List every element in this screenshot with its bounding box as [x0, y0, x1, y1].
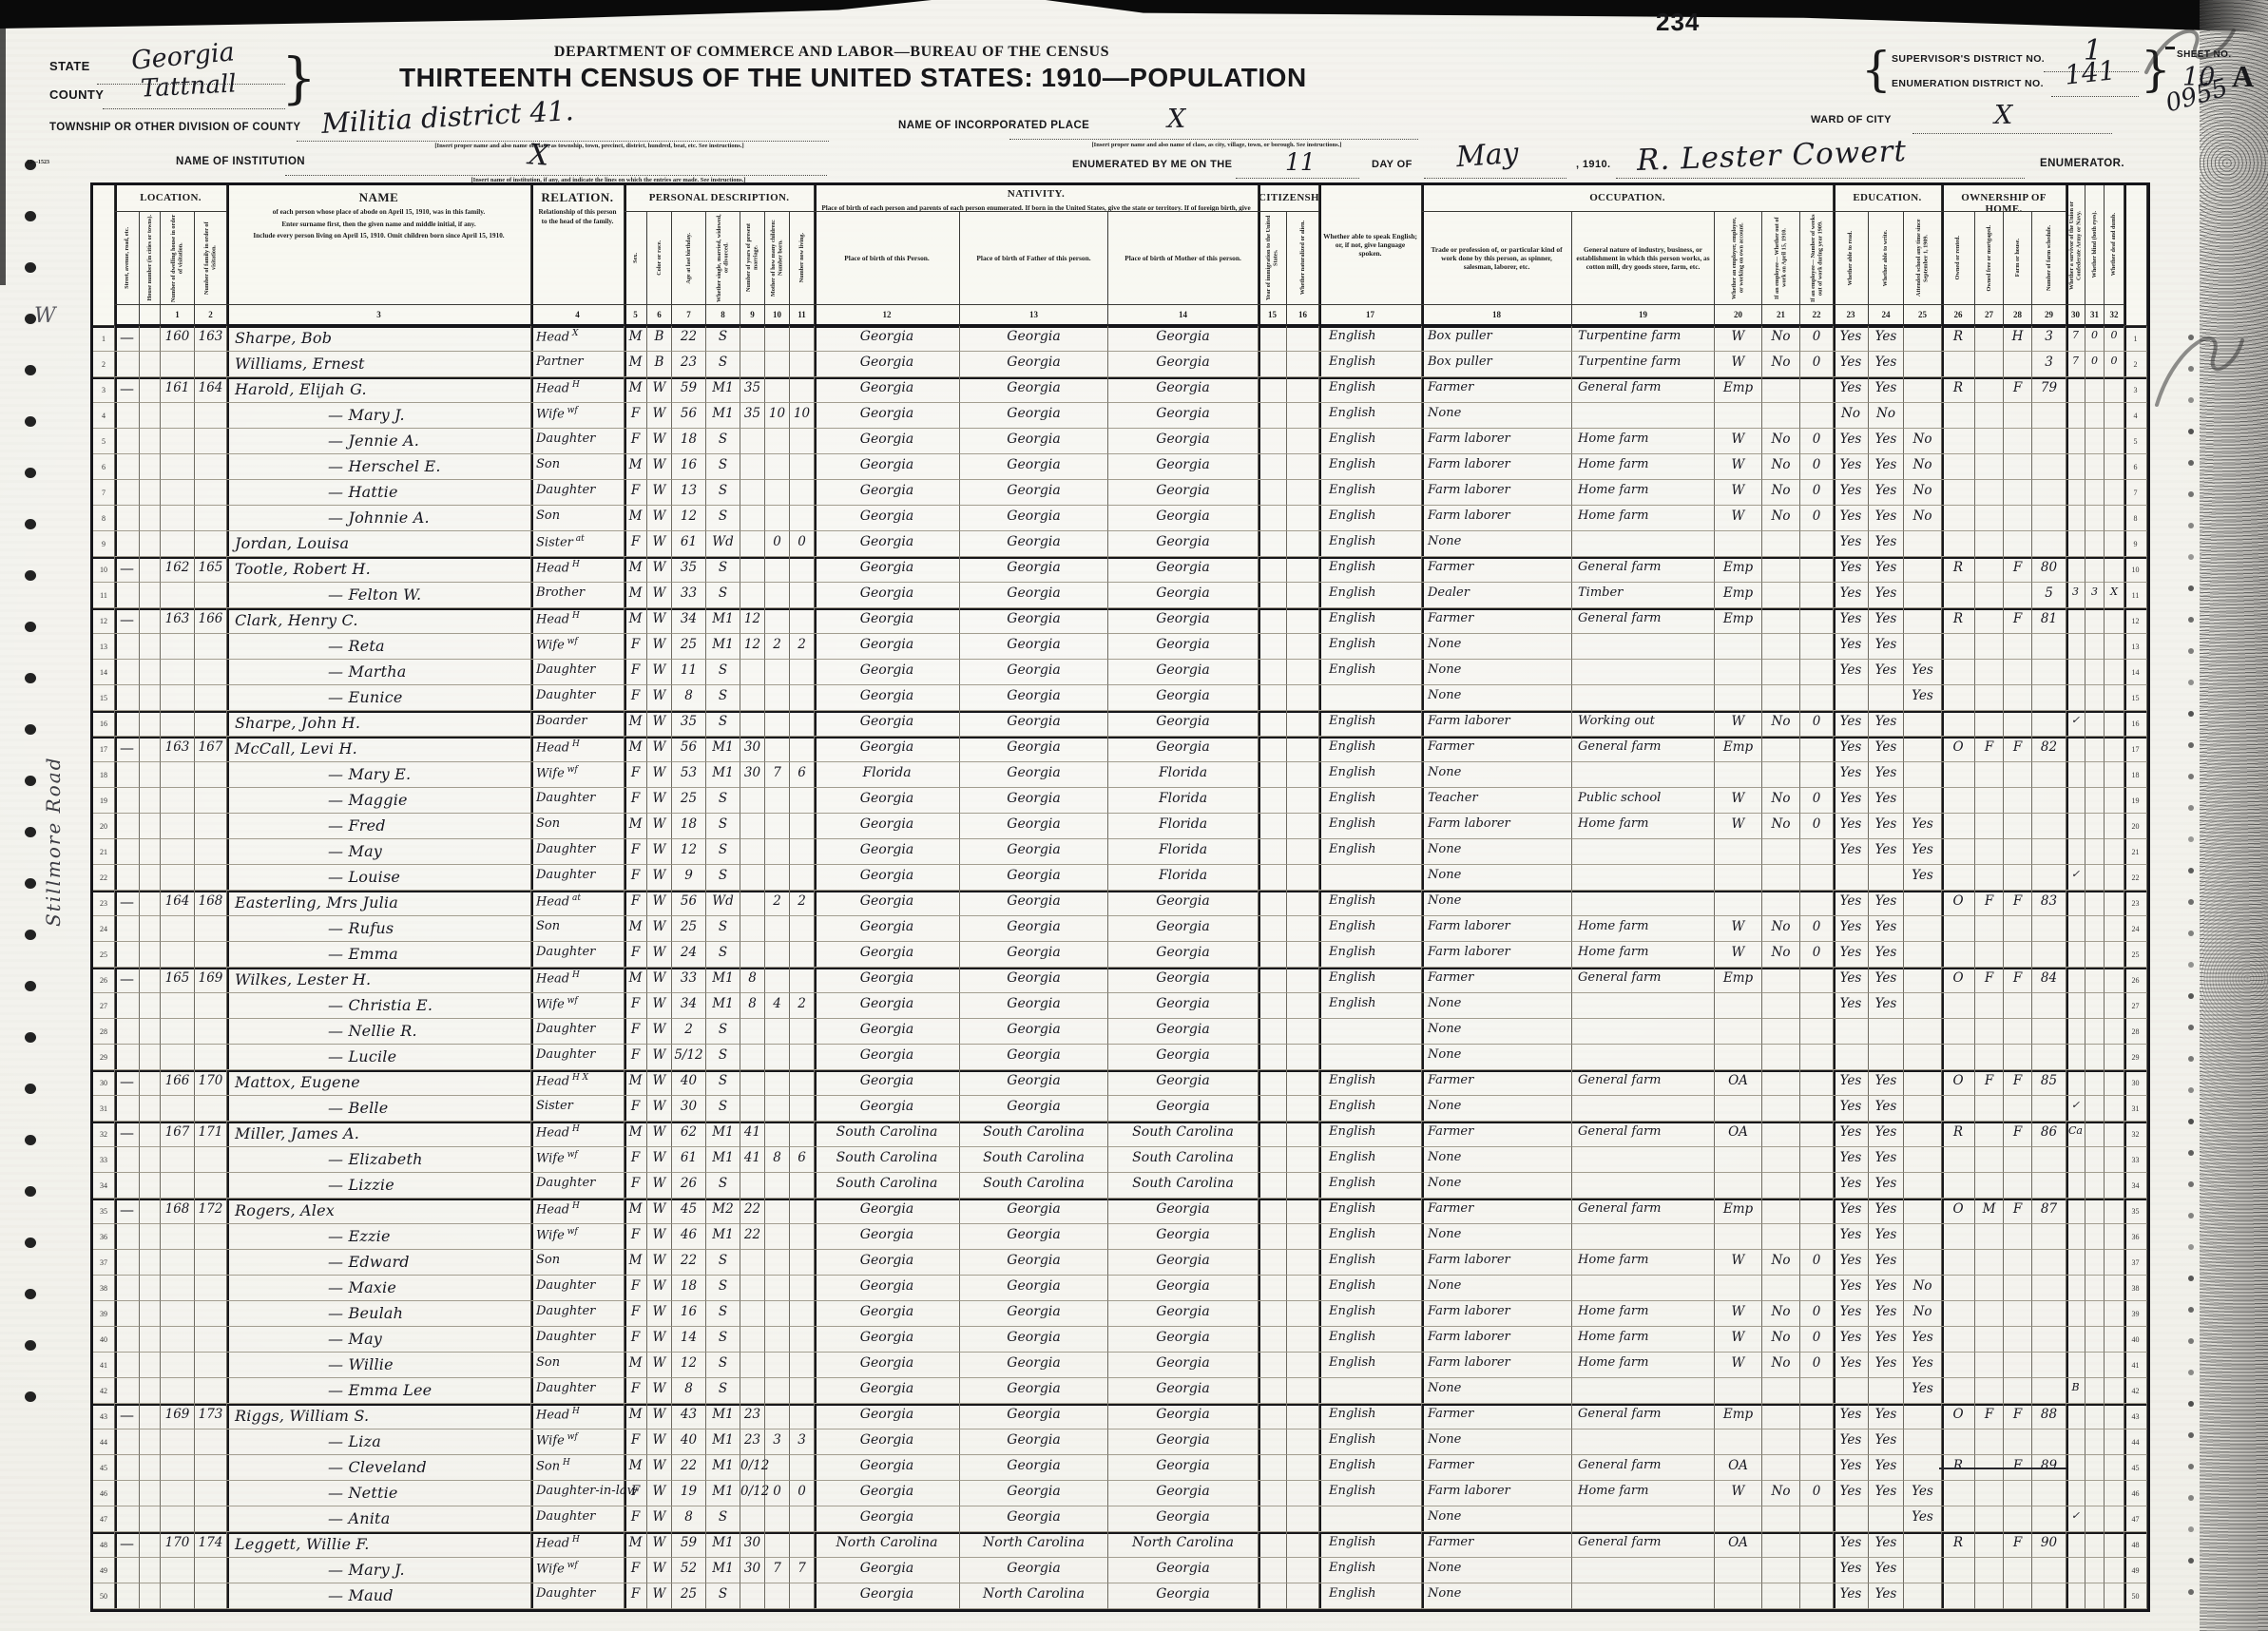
birthplace: Georgia — [815, 711, 960, 737]
attended-school — [1904, 1455, 1942, 1481]
relation: Daughter — [531, 685, 625, 711]
civil-war-veteran-mark — [2066, 839, 2085, 865]
speaks-english: English — [1319, 1122, 1422, 1147]
civil-war-veteran-mark — [2066, 1276, 2085, 1301]
binder-dot — [2188, 335, 2194, 340]
line-number-right: 14 — [2124, 660, 2147, 685]
children-born: 10 — [765, 403, 790, 429]
home-owned-rented — [1942, 1558, 1975, 1583]
naturalized — [1287, 993, 1319, 1019]
person-name: — Maud — [227, 1583, 531, 1609]
farm-or-house — [2004, 1096, 2032, 1122]
deaf-mark — [2105, 557, 2124, 583]
years-married: 30 — [740, 737, 765, 762]
sex: F — [625, 1506, 647, 1532]
birthplace: Georgia — [815, 685, 960, 711]
marital-status: S — [706, 1019, 740, 1045]
family-number — [195, 531, 227, 557]
employer-status: W — [1715, 942, 1762, 968]
children-living — [790, 1301, 815, 1327]
children-living — [790, 1532, 815, 1558]
immigration-year — [1259, 1122, 1287, 1147]
deaf-mark — [2105, 1019, 2124, 1045]
speaks-english: English — [1319, 1070, 1422, 1096]
years-married: 8 — [740, 993, 765, 1019]
speaks-english: English — [1319, 1224, 1422, 1250]
farm-schedule-number — [2032, 1558, 2066, 1583]
years-married: 22 — [740, 1224, 765, 1250]
farm-or-house — [2004, 634, 2032, 660]
attended-school: Yes — [1904, 814, 1942, 839]
years-married — [740, 531, 765, 557]
person-name: — Belle — [227, 1096, 531, 1122]
family-number — [195, 1147, 227, 1173]
mother-birthplace: Georgia — [1108, 480, 1259, 506]
children-living — [790, 454, 815, 480]
immigration-year — [1259, 1327, 1287, 1353]
employer-status: Emp — [1715, 737, 1762, 762]
can-write: Yes — [1869, 1199, 1904, 1224]
marital-status: S — [706, 942, 740, 968]
scan-edge-top-left — [0, 0, 932, 29]
mother-birthplace: Georgia — [1108, 1583, 1259, 1609]
deaf-mark — [2105, 1250, 2124, 1276]
employer-status: W — [1715, 454, 1762, 480]
col-number-fam: 2 — [195, 305, 227, 326]
street: — — [115, 1070, 140, 1096]
occupation: Farmer — [1422, 377, 1572, 403]
house-number — [140, 916, 161, 942]
family-number: 167 — [195, 737, 227, 762]
speaks-english — [1319, 685, 1422, 711]
person-name: — Reta — [227, 634, 531, 660]
immigration-year — [1259, 583, 1287, 608]
sex: M — [625, 1404, 647, 1430]
employer-status — [1715, 1506, 1762, 1532]
age: 22 — [672, 1250, 706, 1276]
attended-school — [1904, 1045, 1942, 1070]
immigration-year — [1259, 1532, 1287, 1558]
sex: F — [625, 1378, 647, 1404]
street — [115, 480, 140, 506]
blind-mark — [2085, 942, 2105, 968]
civil-war-veteran-mark — [2066, 1019, 2085, 1045]
mother-birthplace: Florida — [1108, 814, 1259, 839]
speaks-english: English — [1319, 737, 1422, 762]
naturalized — [1287, 1070, 1319, 1096]
speaks-english: English — [1319, 916, 1422, 942]
weeks-out-of-work: 0 — [1800, 326, 1834, 352]
blind-mark — [2085, 916, 2105, 942]
birthplace: Georgia — [815, 1070, 960, 1096]
mother-birthplace: Georgia — [1108, 557, 1259, 583]
sex: M — [625, 1199, 647, 1224]
street — [115, 660, 140, 685]
color-or-race: W — [647, 377, 672, 403]
attended-school: Yes — [1904, 1327, 1942, 1353]
mother-birthplace: Georgia — [1108, 737, 1259, 762]
can-write — [1869, 865, 1904, 891]
scan-grain-strip — [2200, 0, 2268, 1631]
occupation: None — [1422, 1096, 1572, 1122]
industry — [1572, 1583, 1715, 1609]
home-owned-rented — [1942, 1327, 1975, 1353]
speaks-english — [1319, 1506, 1422, 1532]
mother-birthplace: South Carolina — [1108, 1173, 1259, 1199]
father-birthplace: Georgia — [960, 429, 1108, 454]
out-of-work — [1762, 377, 1800, 403]
naturalized — [1287, 814, 1319, 839]
civil-war-veteran-mark — [2066, 788, 2085, 814]
house-number — [140, 1147, 161, 1173]
blind-mark — [2085, 968, 2105, 993]
industry: General farm — [1572, 1199, 1715, 1224]
street — [115, 1353, 140, 1378]
person-name: — May — [227, 839, 531, 865]
immigration-year — [1259, 531, 1287, 557]
line-number-right: 39 — [2124, 1301, 2147, 1327]
out-of-work — [1762, 1173, 1800, 1199]
birthplace: Georgia — [815, 1353, 960, 1378]
dwelling-number — [161, 506, 195, 531]
can-read: Yes — [1834, 1070, 1869, 1096]
house-number — [140, 1122, 161, 1147]
col-header-own: Owned or rented. — [1942, 212, 1975, 305]
farm-or-house — [2004, 1276, 2032, 1301]
farm-schedule-number — [2032, 1430, 2066, 1455]
line-number: 45 — [93, 1455, 115, 1481]
age: 25 — [672, 788, 706, 814]
age: 52 — [672, 1558, 706, 1583]
ward-label: WARD OF CITY — [1811, 114, 1892, 125]
birthplace: Georgia — [815, 737, 960, 762]
civil-war-veteran-mark — [2066, 1558, 2085, 1583]
relation: Son — [531, 506, 625, 531]
sex: F — [625, 1430, 647, 1455]
person-name: Rogers, Alex — [227, 1199, 531, 1224]
naturalized — [1287, 352, 1319, 377]
farm-schedule-number: 85 — [2032, 1070, 2066, 1096]
birthplace: Georgia — [815, 1019, 960, 1045]
marital-status: S — [706, 685, 740, 711]
farm-schedule-number — [2032, 788, 2066, 814]
farm-or-house — [2004, 1558, 2032, 1583]
children-born — [765, 1455, 790, 1481]
out-of-work — [1762, 1045, 1800, 1070]
home-owned-rented — [1942, 1301, 1975, 1327]
col-header-yi: Year of immigration to the United States… — [1259, 212, 1287, 305]
weeks-out-of-work: 0 — [1800, 1481, 1834, 1506]
hole-punch — [25, 1135, 36, 1145]
children-living — [790, 968, 815, 993]
home-owned-rented — [1942, 685, 1975, 711]
civil-war-veteran-mark: 7 — [2066, 326, 2085, 352]
children-born — [765, 685, 790, 711]
years-married — [740, 1583, 765, 1609]
family-number — [195, 634, 227, 660]
blind-mark — [2085, 1147, 2105, 1173]
color-or-race: W — [647, 1045, 672, 1070]
industry — [1572, 660, 1715, 685]
color-or-race: W — [647, 1378, 672, 1404]
weeks-out-of-work — [1800, 1096, 1834, 1122]
marital-status: S — [706, 429, 740, 454]
can-write: Yes — [1869, 531, 1904, 557]
weeks-out-of-work — [1800, 1276, 1834, 1301]
can-write: Yes — [1869, 1430, 1904, 1455]
civil-war-veteran-mark: ✓ — [2066, 1506, 2085, 1532]
can-write: Yes — [1869, 839, 1904, 865]
free-or-mortgaged — [1975, 352, 2004, 377]
birthplace: Georgia — [815, 326, 960, 352]
weeks-out-of-work — [1800, 531, 1834, 557]
age: 18 — [672, 814, 706, 839]
speaks-english — [1319, 1019, 1422, 1045]
relation: Head H — [531, 1404, 625, 1430]
institution-label: NAME OF INSTITUTION — [176, 156, 305, 167]
speaks-english: English — [1319, 634, 1422, 660]
mother-birthplace: Georgia — [1108, 326, 1259, 352]
civil-war-veteran-mark — [2066, 1045, 2085, 1070]
family-number: 168 — [195, 891, 227, 916]
birthplace: Georgia — [815, 1378, 960, 1404]
out-of-work: No — [1762, 480, 1800, 506]
can-read: Yes — [1834, 891, 1869, 916]
can-read: Yes — [1834, 326, 1869, 352]
free-or-mortgaged — [1975, 865, 2004, 891]
years-married — [740, 660, 765, 685]
relation: Wife wf — [531, 1430, 625, 1455]
immigration-year — [1259, 1404, 1287, 1430]
hole-punch — [25, 930, 36, 940]
col-number-race: 6 — [647, 305, 672, 326]
children-living — [790, 326, 815, 352]
person-name: — Lizzie — [227, 1173, 531, 1199]
person-name: Sharpe, John H. — [227, 711, 531, 737]
col-header-x1: Whether a survivor of the Union or Confe… — [2066, 185, 2085, 305]
col-header-x2: Whether blind (both eyes). — [2085, 185, 2105, 305]
enumerated-month: May — [1455, 137, 1520, 174]
dwelling-number — [161, 1481, 195, 1506]
line-number-right: 13 — [2124, 634, 2147, 660]
line-number-right: 5 — [2124, 429, 2147, 454]
father-birthplace: Georgia — [960, 1353, 1108, 1378]
binder-dot — [2188, 742, 2194, 748]
blind-mark: 0 — [2085, 352, 2105, 377]
can-write: Yes — [1869, 429, 1904, 454]
line-number: 42 — [93, 1378, 115, 1404]
attended-school — [1904, 1224, 1942, 1250]
age: 22 — [672, 326, 706, 352]
employer-status — [1715, 1147, 1762, 1173]
day-of-label: DAY OF — [1372, 159, 1413, 170]
dwelling-number — [161, 660, 195, 685]
naturalized — [1287, 1276, 1319, 1301]
street — [115, 942, 140, 968]
enumeration-label: ENUMERATION DISTRICT NO. — [1892, 78, 2044, 89]
color-or-race: W — [647, 993, 672, 1019]
farm-or-house: F — [2004, 1455, 2032, 1481]
birthplace: Georgia — [815, 1045, 960, 1070]
line-number-right: 9 — [2124, 531, 2147, 557]
out-of-work — [1762, 1070, 1800, 1096]
street — [115, 506, 140, 531]
mother-birthplace: Georgia — [1108, 454, 1259, 480]
weeks-out-of-work — [1800, 865, 1834, 891]
col-number-eng: 17 — [1319, 305, 1422, 326]
col-number-sch: 25 — [1904, 305, 1942, 326]
sex: M — [625, 1122, 647, 1147]
deaf-mark — [2105, 737, 2124, 762]
attended-school — [1904, 891, 1942, 916]
farm-schedule-number: 3 — [2032, 326, 2066, 352]
mother-birthplace: Georgia — [1108, 1070, 1259, 1096]
deaf-mark — [2105, 993, 2124, 1019]
father-birthplace: Georgia — [960, 968, 1108, 993]
weeks-out-of-work: 0 — [1800, 1353, 1834, 1378]
corner-cell-right — [2124, 185, 2147, 326]
can-write: Yes — [1869, 1147, 1904, 1173]
immigration-year — [1259, 1070, 1287, 1096]
naturalized — [1287, 377, 1319, 403]
age: 34 — [672, 993, 706, 1019]
naturalized — [1287, 891, 1319, 916]
binder-dot — [2188, 962, 2194, 968]
children-born — [765, 480, 790, 506]
line-number: 2 — [93, 352, 115, 377]
age: 18 — [672, 429, 706, 454]
sex: M — [625, 711, 647, 737]
color-or-race: W — [647, 1583, 672, 1609]
sex: F — [625, 865, 647, 891]
binder-dot — [2188, 931, 2194, 936]
blind-mark — [2085, 1455, 2105, 1481]
naturalized — [1287, 1455, 1319, 1481]
can-write: Yes — [1869, 1455, 1904, 1481]
street: — — [115, 1532, 140, 1558]
free-or-mortgaged — [1975, 814, 2004, 839]
weeks-out-of-work: 0 — [1800, 1250, 1834, 1276]
years-married — [740, 1173, 765, 1199]
attended-school — [1904, 403, 1942, 429]
blind-mark — [2085, 1353, 2105, 1378]
blind-mark — [2085, 1224, 2105, 1250]
civil-war-veteran-mark — [2066, 814, 2085, 839]
free-or-mortgaged — [1975, 557, 2004, 583]
farm-or-house — [2004, 403, 2032, 429]
can-read — [1834, 1019, 1869, 1045]
immigration-year — [1259, 1301, 1287, 1327]
enumeration-line — [2051, 95, 2139, 97]
weeks-out-of-work — [1800, 1199, 1834, 1224]
industry — [1572, 1558, 1715, 1583]
years-married — [740, 506, 765, 531]
free-or-mortgaged: F — [1975, 968, 2004, 993]
civil-war-veteran-mark — [2066, 506, 2085, 531]
line-number-right: 47 — [2124, 1506, 2147, 1532]
speaks-english: English — [1319, 377, 1422, 403]
house-number — [140, 993, 161, 1019]
can-read: Yes — [1834, 531, 1869, 557]
free-or-mortgaged — [1975, 506, 2004, 531]
birthplace: Georgia — [815, 1327, 960, 1353]
sex: F — [625, 660, 647, 685]
color-or-race: W — [647, 1455, 672, 1481]
deaf-mark — [2105, 762, 2124, 788]
marital-status: S — [706, 557, 740, 583]
free-or-mortgaged — [1975, 454, 2004, 480]
occupation: Farm laborer — [1422, 1327, 1572, 1353]
attended-school: Yes — [1904, 685, 1942, 711]
line-number-right: 6 — [2124, 454, 2147, 480]
attended-school: Yes — [1904, 839, 1942, 865]
line-number-right: 8 — [2124, 506, 2147, 531]
employer-status: OA — [1715, 1070, 1762, 1096]
person-name: — Fred — [227, 814, 531, 839]
naturalized — [1287, 531, 1319, 557]
house-number — [140, 814, 161, 839]
farm-or-house: F — [2004, 1532, 2032, 1558]
naturalized — [1287, 1096, 1319, 1122]
deaf-mark — [2105, 685, 2124, 711]
naturalized — [1287, 1045, 1319, 1070]
speaks-english: English — [1319, 839, 1422, 865]
farm-schedule-number: 82 — [2032, 737, 2066, 762]
can-write — [1869, 1506, 1904, 1532]
employer-status: Emp — [1715, 1199, 1762, 1224]
street — [115, 865, 140, 891]
color-or-race: W — [647, 1276, 672, 1301]
attended-school — [1904, 1532, 1942, 1558]
immigration-year — [1259, 1019, 1287, 1045]
children-born — [765, 1045, 790, 1070]
naturalized — [1287, 634, 1319, 660]
binder-dot — [2188, 774, 2194, 779]
home-owned-rented — [1942, 480, 1975, 506]
home-owned-rented: O — [1942, 1070, 1975, 1096]
farm-or-house — [2004, 685, 2032, 711]
marital-status: S — [706, 814, 740, 839]
employer-status — [1715, 1224, 1762, 1250]
deaf-mark — [2105, 1404, 2124, 1430]
occupation: None — [1422, 1173, 1572, 1199]
occupation: None — [1422, 1019, 1572, 1045]
attended-school: Yes — [1904, 660, 1942, 685]
attended-school — [1904, 1019, 1942, 1045]
weeks-out-of-work — [1800, 403, 1834, 429]
person-name: Tootle, Robert H. — [227, 557, 531, 583]
can-read: Yes — [1834, 942, 1869, 968]
attended-school — [1904, 1122, 1942, 1147]
farm-schedule-number — [2032, 1276, 2066, 1301]
color-or-race: W — [647, 1506, 672, 1532]
can-write: Yes — [1869, 1583, 1904, 1609]
out-of-work: No — [1762, 352, 1800, 377]
home-owned-rented — [1942, 454, 1975, 480]
children-living — [790, 557, 815, 583]
can-read: Yes — [1834, 608, 1869, 634]
free-or-mortgaged — [1975, 531, 2004, 557]
speaks-english: English — [1319, 1481, 1422, 1506]
hole-punch — [25, 878, 36, 889]
weeks-out-of-work — [1800, 634, 1834, 660]
farm-or-house — [2004, 480, 2032, 506]
enumerated-month-line — [1424, 177, 1566, 179]
blind-mark: 0 — [2085, 326, 2105, 352]
pencil-mark — [2143, 314, 2258, 418]
dwelling-number: 167 — [161, 1122, 195, 1147]
relation: Wife wf — [531, 1558, 625, 1583]
